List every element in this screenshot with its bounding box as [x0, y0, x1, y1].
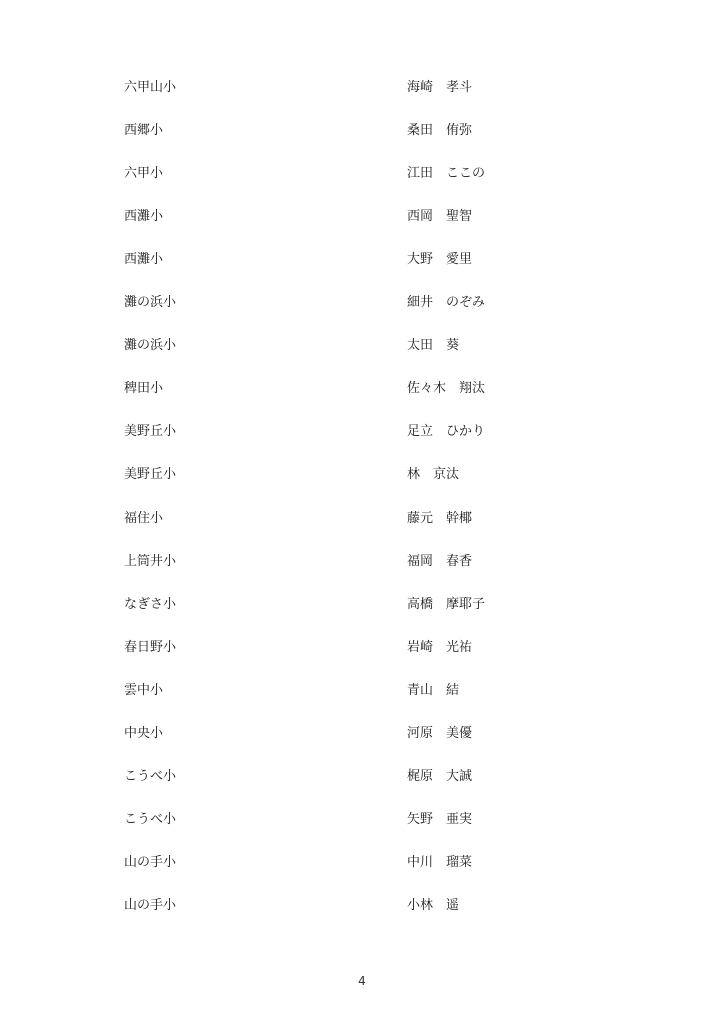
- given-name: 瑠菜: [446, 855, 472, 870]
- school-name: 西郷小: [124, 121, 163, 141]
- surname: 佐々木: [407, 381, 446, 396]
- surname: 細井: [407, 295, 433, 310]
- list-row: 山の手小 中川瑠菜: [0, 853, 724, 873]
- surname: 青山: [407, 683, 433, 698]
- student-name: 林京汰: [407, 465, 459, 485]
- list-row: 山の手小 小林遥: [0, 896, 724, 916]
- list-row: 美野丘小 林京汰: [0, 465, 724, 485]
- given-name: ここの: [446, 166, 485, 181]
- list-row: 福住小 藤元幹椰: [0, 509, 724, 529]
- student-name: 細井のぞみ: [407, 293, 485, 313]
- student-name: 高橋摩耶子: [407, 595, 485, 615]
- list-row: こうべ小 矢野亜実: [0, 810, 724, 830]
- given-name: のぞみ: [446, 295, 485, 310]
- school-name: 上筒井小: [124, 552, 176, 572]
- surname: 福岡: [407, 554, 433, 569]
- school-name: 灘の浜小: [124, 293, 176, 313]
- student-name: 梶原大誠: [407, 767, 472, 787]
- school-name: 雲中小: [124, 681, 163, 701]
- list-row: 西郷小 桑田侑弥: [0, 121, 724, 141]
- school-name: 山の手小: [124, 896, 176, 916]
- list-row: 雲中小 青山結: [0, 681, 724, 701]
- given-name: 聖智: [446, 209, 472, 224]
- surname: 西岡: [407, 209, 433, 224]
- document-page: 六甲山小 海崎孝斗 西郷小 桑田侑弥 六甲小 江田ここの 西灘小 西岡聖智 西灘…: [0, 0, 724, 1024]
- given-name: 光祐: [446, 640, 472, 655]
- student-name: 福岡春香: [407, 552, 472, 572]
- list-row: 西灘小 大野愛里: [0, 250, 724, 270]
- school-name: こうべ小: [124, 810, 176, 830]
- surname: 河原: [407, 726, 433, 741]
- school-name: 西灘小: [124, 250, 163, 270]
- student-name: 大野愛里: [407, 250, 472, 270]
- surname: 小林: [407, 898, 433, 913]
- list-row: 西灘小 西岡聖智: [0, 207, 724, 227]
- given-name: 葵: [446, 338, 459, 353]
- student-name: 西岡聖智: [407, 207, 472, 227]
- school-name: なぎさ小: [124, 595, 176, 615]
- given-name: 大誠: [446, 769, 472, 784]
- surname: 中川: [407, 855, 433, 870]
- list-row: 美野丘小 足立ひかり: [0, 422, 724, 442]
- list-row: 春日野小 岩崎光祐: [0, 638, 724, 658]
- given-name: 結: [446, 683, 459, 698]
- student-name: 河原美優: [407, 724, 472, 744]
- school-name: 灘の浜小: [124, 336, 176, 356]
- school-name: 西灘小: [124, 207, 163, 227]
- given-name: 美優: [446, 726, 472, 741]
- student-name: 青山結: [407, 681, 459, 701]
- list-row: 稗田小 佐々木翔汰: [0, 379, 724, 399]
- given-name: 翔汰: [459, 381, 485, 396]
- student-name: 小林遥: [407, 896, 459, 916]
- surname: 江田: [407, 166, 433, 181]
- given-name: 京汰: [433, 467, 459, 482]
- given-name: 春香: [446, 554, 472, 569]
- surname: 太田: [407, 338, 433, 353]
- page-number: 4: [0, 974, 724, 988]
- student-name: 佐々木翔汰: [407, 379, 485, 399]
- school-name: 山の手小: [124, 853, 176, 873]
- list-row: 灘の浜小 細井のぞみ: [0, 293, 724, 313]
- list-row: 六甲山小 海崎孝斗: [0, 78, 724, 98]
- list-row: 中央小 河原美優: [0, 724, 724, 744]
- school-name: 美野丘小: [124, 422, 176, 442]
- student-name: 矢野亜実: [407, 810, 472, 830]
- student-name: 藤元幹椰: [407, 509, 472, 529]
- school-name: 福住小: [124, 509, 163, 529]
- school-name: 稗田小: [124, 379, 163, 399]
- list-row: 上筒井小 福岡春香: [0, 552, 724, 572]
- student-name: 中川瑠菜: [407, 853, 472, 873]
- surname: 高橋: [407, 597, 433, 612]
- student-name: 足立ひかり: [407, 422, 485, 442]
- given-name: 摩耶子: [446, 597, 485, 612]
- list-row: なぎさ小 高橋摩耶子: [0, 595, 724, 615]
- given-name: 愛里: [446, 252, 472, 267]
- surname: 林: [407, 467, 420, 482]
- surname: 岩崎: [407, 640, 433, 655]
- student-name: 江田ここの: [407, 164, 485, 184]
- given-name: ひかり: [446, 424, 485, 439]
- given-name: 遥: [446, 898, 459, 913]
- surname: 桑田: [407, 123, 433, 138]
- list-row: 六甲小 江田ここの: [0, 164, 724, 184]
- given-name: 亜実: [446, 812, 472, 827]
- surname: 梶原: [407, 769, 433, 784]
- given-name: 侑弥: [446, 123, 472, 138]
- student-name: 太田葵: [407, 336, 459, 356]
- given-name: 孝斗: [446, 80, 472, 95]
- school-name: 六甲小: [124, 164, 163, 184]
- surname: 矢野: [407, 812, 433, 827]
- school-name: こうべ小: [124, 767, 176, 787]
- student-name: 桑田侑弥: [407, 121, 472, 141]
- school-name: 六甲山小: [124, 78, 176, 98]
- surname: 海崎: [407, 80, 433, 95]
- school-name: 美野丘小: [124, 465, 176, 485]
- school-name: 春日野小: [124, 638, 176, 658]
- surname: 足立: [407, 424, 433, 439]
- surname: 藤元: [407, 511, 433, 526]
- given-name: 幹椰: [446, 511, 472, 526]
- surname: 大野: [407, 252, 433, 267]
- student-name: 岩崎光祐: [407, 638, 472, 658]
- school-name: 中央小: [124, 724, 163, 744]
- student-name: 海崎孝斗: [407, 78, 472, 98]
- list-row: 灘の浜小 太田葵: [0, 336, 724, 356]
- list-row: こうべ小 梶原大誠: [0, 767, 724, 787]
